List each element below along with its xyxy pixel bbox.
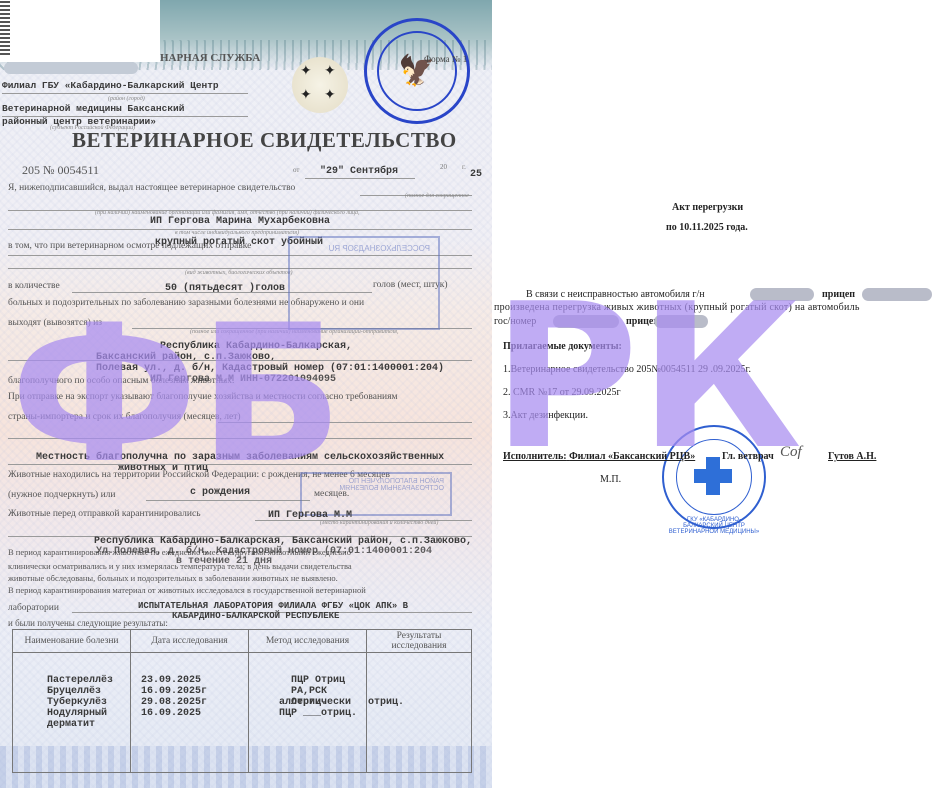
column-header: Дата исследования xyxy=(131,630,249,653)
issued-text: Я, нижеподписавшийся, выдал настоящее ве… xyxy=(8,183,295,193)
hint: (вид животных, биологических объектов) xyxy=(185,270,293,276)
number: 0054511 xyxy=(57,163,99,177)
column-header: Наименование болезни xyxy=(13,630,131,653)
results-table: Наименование болезни Дата исследования М… xyxy=(12,629,472,773)
official-seal: 🦅 xyxy=(364,18,470,124)
certificate-number: 205 № 0054511 xyxy=(22,163,99,178)
hint: (полное для сокращенное xyxy=(405,193,469,199)
redaction-bar xyxy=(4,62,138,74)
act-subtitle: по 10.11.2025 года. xyxy=(666,222,748,233)
qr-code-icon xyxy=(0,0,10,55)
results-text: и были получены следующие результаты: xyxy=(8,618,168,628)
issue-date: "29" Сентября xyxy=(320,166,398,177)
service-name: НАРНАЯ СЛУЖБА xyxy=(160,52,260,64)
lab-label: лаборатории xyxy=(8,603,59,613)
disease-column: Пастереллёз Бруцеллёз Туберкулёз Нодуляр… xyxy=(13,653,131,773)
period-text-2: клинически осматривались и у них измерял… xyxy=(8,561,352,571)
org-line-1: Филиал ГБУ «Кабардино-Балкарский Центр xyxy=(2,80,219,91)
trailer-label: прицеп xyxy=(822,289,855,300)
result-column: отриц. xyxy=(367,653,472,773)
form-label: Форма № 1 xyxy=(424,54,467,64)
watermark-right: РК xyxy=(492,278,802,478)
recipient-name: ИП Гергова Марина Мухарбековна xyxy=(150,216,330,227)
lab-name-2: КАБАРДИНО-БАЛКАРСКОЙ РЕСПУБЛЕКЕ xyxy=(172,611,339,621)
redacted-area xyxy=(0,0,160,62)
veterinary-certificate: НАРНАЯ СЛУЖБА ✦✦ ✦✦ 🦅 Форма № 1 Филиал Г… xyxy=(0,0,492,788)
year-prefix: 20 xyxy=(440,163,447,171)
certificate-title: ВЕТЕРИНАРНОЕ СВИДЕТЕЛЬСТВО xyxy=(72,128,457,153)
lab-text: В период карантинирования материал от жи… xyxy=(8,585,366,595)
redaction-bar xyxy=(862,288,932,301)
hologram-sticker: ✦✦ ✦✦ xyxy=(292,57,348,113)
series: 205 xyxy=(22,163,40,177)
period-text-3: животные обследованы, больных и подозрит… xyxy=(8,573,338,583)
executor-name: Гутов А.Н. xyxy=(828,451,876,462)
column-header: Результаты исследования xyxy=(367,630,472,653)
year-suffix: г. xyxy=(462,163,466,171)
hint: (место карантинирования и количество дне… xyxy=(320,520,438,526)
issue-year: 25 xyxy=(470,169,482,180)
hint: в том числе индивидуального предпринимат… xyxy=(175,230,299,236)
date-column: 23.09.2025 16.09.2025г 29.08.2025г 16.09… xyxy=(131,653,249,773)
date-prefix: от xyxy=(293,166,299,174)
lab-name-1: ИСПЫТАТЕЛЬНАЯ ЛАБОРАТОРИЯ ФИЛИАЛА ФГБУ «… xyxy=(138,601,408,611)
number-sign: № xyxy=(43,163,54,177)
org-line-2: Ветеринарной медицины Баксанский xyxy=(2,103,184,114)
hint: (район (город) xyxy=(108,96,145,102)
column-header: Метод исследования xyxy=(249,630,367,653)
watermark-left: ФБ xyxy=(10,300,343,490)
method-column: ПЦР Отриц РА,РСК Отриц. аллергически ПЦР… xyxy=(249,653,367,773)
act-title: Акт перегрузки xyxy=(672,202,743,213)
quarantine-text: Животные перед отправкой карантинировали… xyxy=(8,509,201,519)
